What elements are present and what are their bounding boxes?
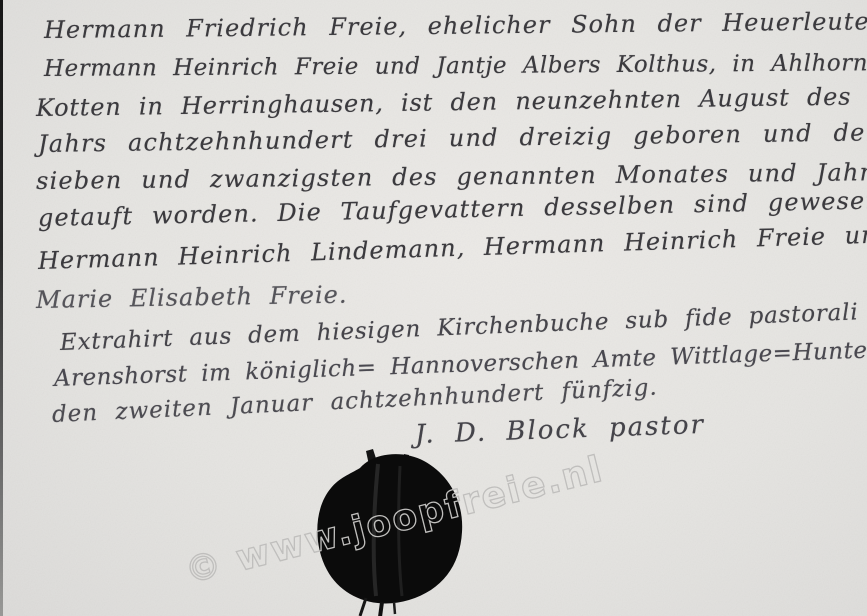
scan-edge <box>0 0 3 616</box>
document-page: Hermann Friedrich Freie, ehelicher Sohn … <box>0 0 867 616</box>
handwritten-line: Hermann Friedrich Freie, ehelicher Sohn … <box>44 7 867 44</box>
pastor-signature: J. D. Block pastor <box>414 410 705 450</box>
handwritten-line: Marie Elisabeth Freie. <box>36 281 348 314</box>
handwritten-line: Hermann Heinrich Freie und Jantje Albers… <box>44 50 867 82</box>
handwritten-line: Jahrs achtzehnhundert drei und dreizig g… <box>38 118 867 158</box>
handwritten-line: Kotten in Herringhausen, ist den neunzeh… <box>36 83 852 122</box>
